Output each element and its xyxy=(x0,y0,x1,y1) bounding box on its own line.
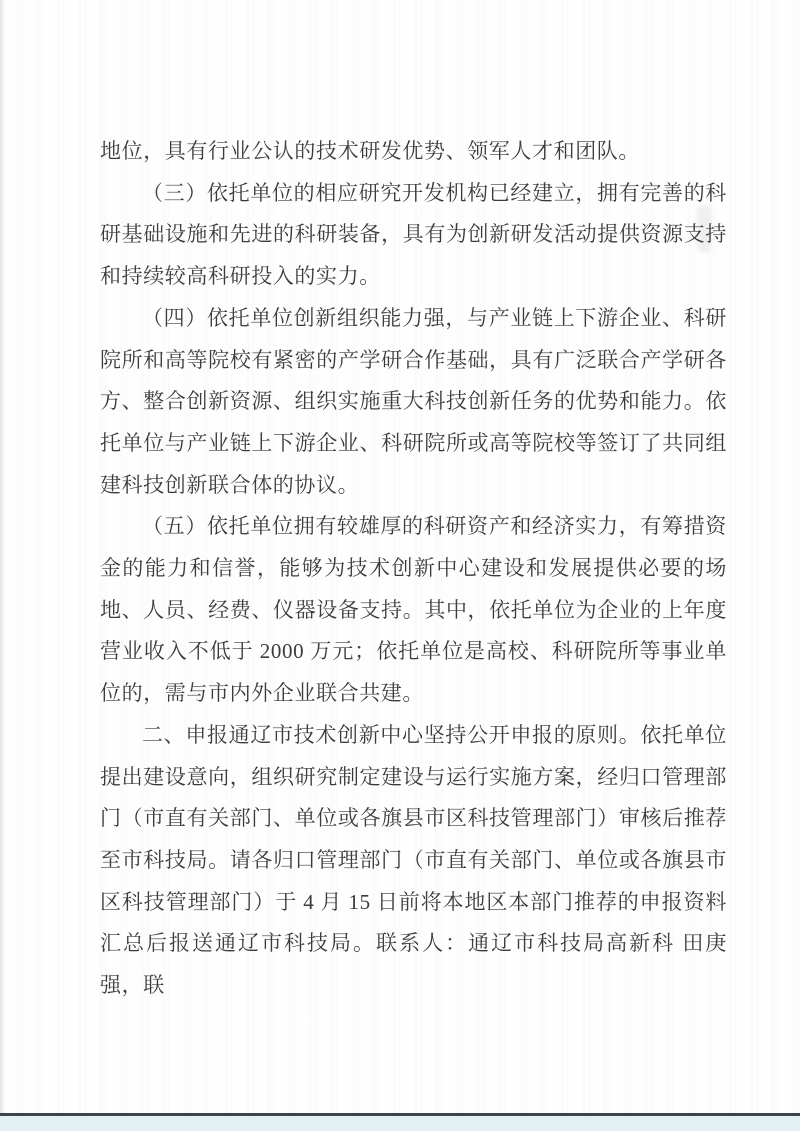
paragraph-continuation-from-previous-page: 地位，具有行业公认的技术研发优势、领军人才和团队。 xyxy=(100,131,727,173)
page-left-edge-shadow xyxy=(0,0,6,1116)
paragraph-item-five: （五）依托单位拥有较雄厚的科研资产和经济实力，有筹措资金的能力和信誉，能够为技术… xyxy=(100,506,727,715)
paragraph-section-two-application-procedure: 二、申报通辽市技术创新中心坚持公开申报的原则。依托单位提出建设意向，组织研究制定… xyxy=(100,715,727,1007)
scanned-document-page: 地位，具有行业公认的技术研发优势、领军人才和团队。 （三）依托单位的相应研究开发… xyxy=(0,0,800,1116)
document-body-text: 地位，具有行业公认的技术研发优势、领军人才和团队。 （三）依托单位的相应研究开发… xyxy=(100,131,727,1007)
paragraph-item-three: （三）依托单位的相应研究开发机构已经建立，拥有完善的科研基础设施和先进的科研装备… xyxy=(100,173,727,298)
paragraph-item-four: （四）依托单位创新组织能力强，与产业链上下游企业、科研院所和高等院校有紧密的产学… xyxy=(100,298,727,507)
scanner-background-strip xyxy=(0,1116,800,1131)
